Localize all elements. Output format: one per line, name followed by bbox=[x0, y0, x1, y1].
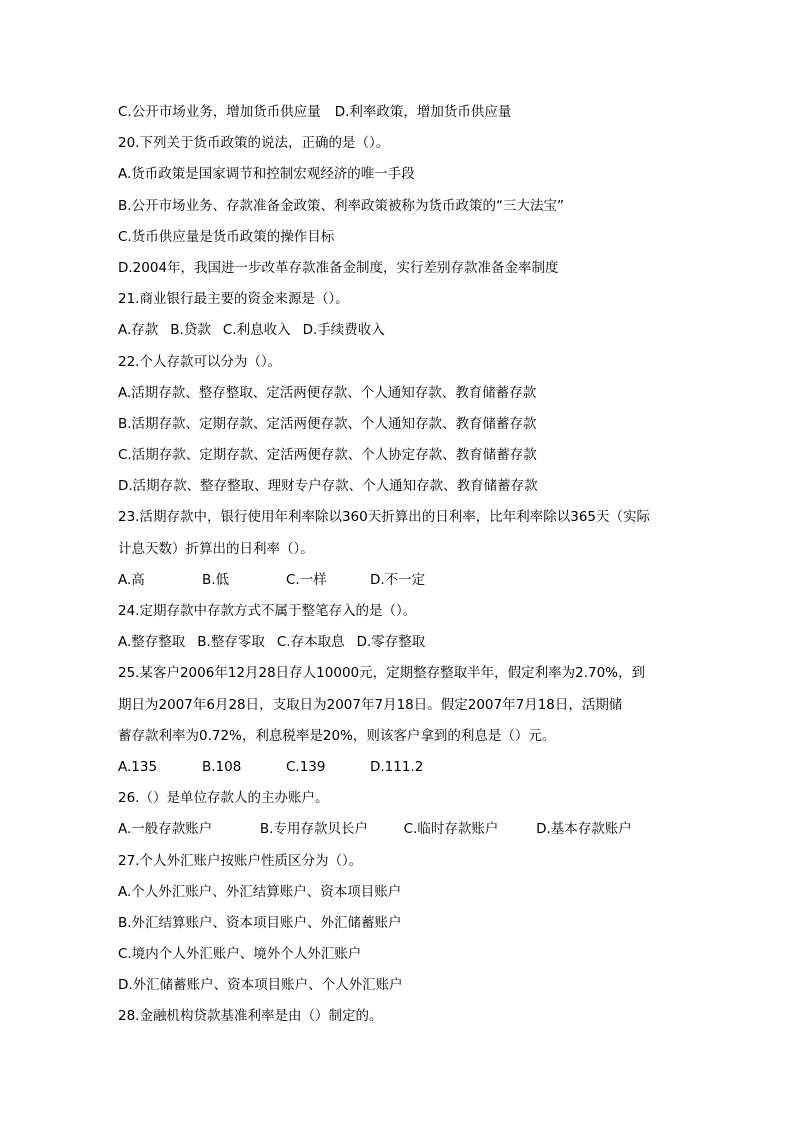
option-q19-d: D.利率政策，增加货币供应量 bbox=[335, 101, 512, 132]
option-q26-d: D.基本存款账户 bbox=[536, 818, 678, 849]
option-q23-d: D.不一定 bbox=[370, 569, 454, 600]
option-q23-b: B.低 bbox=[202, 569, 286, 600]
option-q27-b: B.外汇结算账户、资本项目账户、外汇储蓄账户 bbox=[118, 912, 678, 943]
option-q26-b: B.专用存款贝长户 bbox=[260, 818, 404, 849]
question-21: 21.商业银行最主要的资金来源是（）。 bbox=[118, 288, 678, 319]
document-page: C.公开市场业务，增加货币供应量 D.利率政策，增加货币供应量 20.下列关于货… bbox=[118, 101, 678, 1037]
option-q23-c: C.一样 bbox=[286, 569, 370, 600]
question-20: 20.下列关于货币政策的说法，正确的是（）。 bbox=[118, 132, 678, 163]
option-q21-d: D.手续费收入 bbox=[303, 319, 385, 350]
option-row-q26: A.一般存款账户 B.专用存款贝长户 C.临时存款账户 D.基本存款账户 bbox=[118, 818, 678, 849]
option-q24-d: D.零存整取 bbox=[357, 631, 426, 662]
option-q21-b: B.贷款 bbox=[170, 319, 211, 350]
option-q24-a: A.整存整取 bbox=[118, 631, 185, 662]
question-28: 28.金融机构贷款基准利率是由（）制定的。 bbox=[118, 1005, 678, 1036]
option-q20-c: C.货币供应量是货币政策的操作目标 bbox=[118, 226, 678, 257]
option-q21-c: C.利息收入 bbox=[223, 319, 291, 350]
question-27: 27.个人外汇账户按账户性质区分为（）。 bbox=[118, 850, 678, 881]
question-23: 23.活期存款中，银行使用年利率除以360天折算出的日利率，比年利率除以365天… bbox=[118, 506, 678, 537]
option-q19-c: C.公开市场业务，增加货币供应量 bbox=[118, 101, 321, 132]
option-row-q25: A.135 B.108 C.139 D.111.2 bbox=[118, 756, 678, 787]
option-q23-a: A.高 bbox=[118, 569, 202, 600]
option-q22-d: D.活期存款、整存整取、理财专户存款、个人通知存款、教育储蓄存款 bbox=[118, 475, 678, 506]
option-q20-d: D.2004年，我国进一步改革存款准备金制度，实行差别存款准备金率制度 bbox=[118, 257, 678, 288]
question-24: 24.定期存款中存款方式不属于整笔存入的是（）。 bbox=[118, 600, 678, 631]
option-q24-b: B.整存零取 bbox=[197, 631, 265, 662]
option-q27-a: A.个人外汇账户、外汇结算账户、资本项目账户 bbox=[118, 881, 678, 912]
option-q21-a: A.存款 bbox=[118, 319, 158, 350]
option-q24-c: C.存本取息 bbox=[277, 631, 345, 662]
option-q27-c: C.境内个人外汇账户、境外个人外汇账户 bbox=[118, 943, 678, 974]
option-q26-a: A.一般存款账户 bbox=[118, 818, 260, 849]
option-q22-b: B.活期存款、定期存款、定活两便存款、个人通知存款、教育储蓄存款 bbox=[118, 413, 678, 444]
option-q25-c: C.139 bbox=[286, 756, 370, 787]
option-q25-b: B.108 bbox=[202, 756, 286, 787]
option-row-q21: A.存款 B.贷款 C.利息收入 D.手续费收入 bbox=[118, 319, 678, 350]
option-row-q23: A.高 B.低 C.一样 D.不一定 bbox=[118, 569, 678, 600]
option-q25-a: A.135 bbox=[118, 756, 202, 787]
option-row-q19: C.公开市场业务，增加货币供应量 D.利率政策，增加货币供应量 bbox=[118, 101, 678, 132]
question-23-cont: 计息天数）折算出的日利率（）。 bbox=[118, 538, 678, 569]
option-q27-d: D.外汇储蓄账户、资本项目账户、个人外汇账户 bbox=[118, 974, 678, 1005]
question-22: 22.个人存款可以分为（）。 bbox=[118, 351, 678, 382]
option-q20-b: B.公开市场业务、存款准备金政策、利率政策被称为货币政策的“三大法宝” bbox=[118, 195, 678, 226]
option-q22-a: A.活期存款、整存整取、定活两便存款、个人通知存款、教育储蓄存款 bbox=[118, 382, 678, 413]
option-q26-c: C.临时存款账户 bbox=[404, 818, 536, 849]
question-25-cont-2: 蓄存款利率为0.72%，利息税率是20%，则该客户拿到的利息是（）元。 bbox=[118, 725, 678, 756]
question-25-cont-1: 期日为2007年6月28日，支取日为2007年7月18日。假定2007年7月18… bbox=[118, 694, 678, 725]
option-q25-d: D.111.2 bbox=[370, 756, 454, 787]
question-25: 25.某客户2006年12月28日存人10000元，定期整存整取半年，假定利率为… bbox=[118, 662, 678, 693]
question-26: 26.（）是单位存款人的主办账户。 bbox=[118, 787, 678, 818]
option-row-q24: A.整存整取 B.整存零取 C.存本取息 D.零存整取 bbox=[118, 631, 678, 662]
option-q22-c: C.活期存款、定期存款、定活两便存款、个人协定存款、教育储蓄存款 bbox=[118, 444, 678, 475]
option-q20-a: A.货币政策是国家调节和控制宏观经济的唯一手段 bbox=[118, 163, 678, 194]
